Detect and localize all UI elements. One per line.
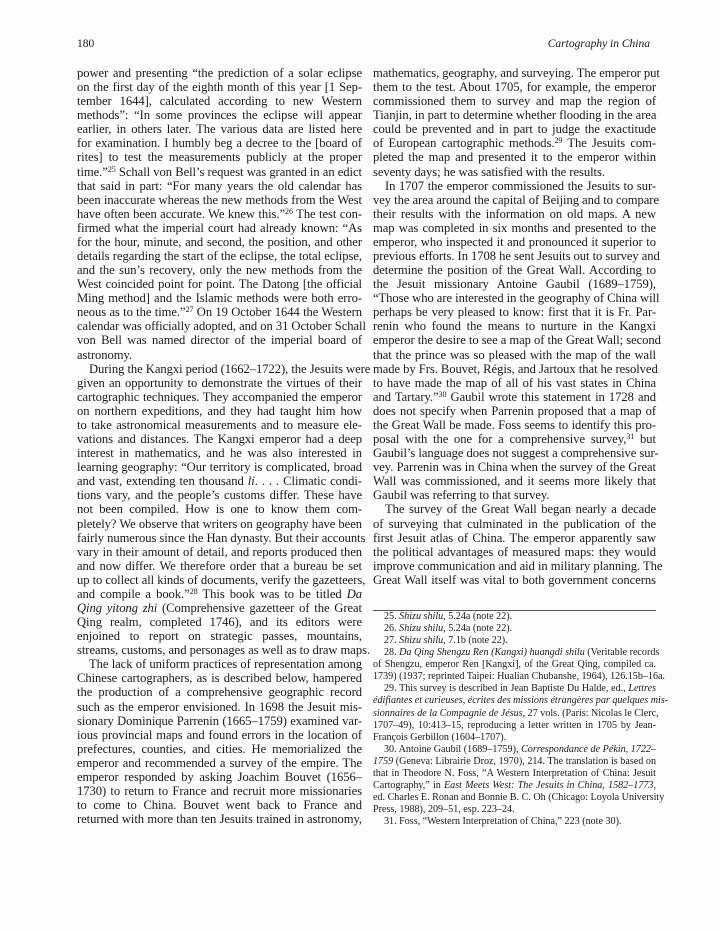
text-line: Gaubil was referring to that survey. xyxy=(373,488,656,502)
paragraph: In 1707 the emperor commissioned the Jes… xyxy=(373,179,656,503)
text-line: not been compiled. How is one to know th… xyxy=(77,502,362,516)
text-line: commissioned them to survey and map the … xyxy=(373,94,656,108)
text-line: that the prince was so pleased with the … xyxy=(373,348,656,362)
footnote-line: ed. Charles E. Ronan and Bonnie B. C. Oh… xyxy=(373,792,656,804)
text-line: the political advantages of measured map… xyxy=(373,545,656,559)
text-line: their results with the information on ol… xyxy=(373,207,656,221)
text-line: details regarding the start of the eclip… xyxy=(77,249,362,263)
footnote-line: 30. Antoine Gaubil (1689–1759), Correspo… xyxy=(373,744,656,756)
text-line: made by Frs. Bouvet, Régis, and Jartoux … xyxy=(373,362,656,376)
footnote-line: of Shengzu, emperor Ren [Kangxi], of the… xyxy=(373,659,656,671)
text-line: West coincided point for point. The Dato… xyxy=(77,277,362,291)
text-line: tember 1644], calculated according to ne… xyxy=(77,94,362,108)
text-line: interest in mathematics, and he was also… xyxy=(77,446,362,460)
text-line: perhaps be very pleased to know: first t… xyxy=(373,305,656,319)
footnote-line: 1707–49), 10:413–15, reproducing a lette… xyxy=(373,720,656,732)
text-line: sionary Dominique Parrenin (1665–1759) e… xyxy=(77,714,362,728)
text-line: emperor and recommended a survey of the … xyxy=(77,756,362,770)
text-line: such as the emperor envisioned. In 1698 … xyxy=(77,700,362,714)
text-line: pletely? We observe that writers on geog… xyxy=(77,517,362,531)
text-line: could be prevented and in part to judge … xyxy=(373,122,656,136)
footnote-28: 28. Da Qing Shengzu Ren (Kangxi) huangdi… xyxy=(373,647,656,683)
text-line: of surveying that culminated in the publ… xyxy=(373,517,656,531)
text-line: the production of a comprehensive geogra… xyxy=(77,685,362,699)
text-line: first Jesuit atlas of China. The emperor… xyxy=(373,531,656,545)
footnote-line: 31. Foss, “Western Interpretation of Chi… xyxy=(373,816,656,828)
footnote-line: 25. Shizu shilu, 5.24a (note 22). xyxy=(373,611,656,623)
text-line: vary in their amount of detail, and repo… xyxy=(77,545,362,559)
footnote-26: 26. Shizu shilu, 5.24a (note 22). xyxy=(373,623,656,635)
text-line: tions vary, and the people’s customs dif… xyxy=(77,488,362,502)
text-line: time.”25 Schall von Bell’s request was g… xyxy=(77,165,362,179)
text-line: and vast, extending ten thousand li. . .… xyxy=(77,474,362,488)
left-column: power and presenting “the prediction of … xyxy=(77,66,362,826)
text-line: given an opportunity to demonstrate the … xyxy=(77,376,362,390)
text-line: firmed what the imperial court had alrea… xyxy=(77,221,362,235)
text-line: pleted the map and presented it to the e… xyxy=(373,150,656,164)
text-line: power and presenting “the prediction of … xyxy=(77,66,362,80)
footnote-reference: 31 xyxy=(626,432,634,441)
footnote-line: 1759 (Geneva: Librairie Droz, 1970), 214… xyxy=(373,756,656,768)
text-line: on the first day of the eighth month of … xyxy=(77,80,362,94)
footnote-line: 26. Shizu shilu, 5.24a (note 22). xyxy=(373,623,656,635)
text-line: the Great Wall be made. Foss seems to id… xyxy=(373,418,656,432)
text-line: ious provincial maps and found errors in… xyxy=(77,728,362,742)
text-line: to have made the map of all of his vast … xyxy=(373,376,656,390)
text-line: Wall was commissioned, and it seems more… xyxy=(373,474,656,488)
text-line: and the sun’s recovery, only the new met… xyxy=(77,263,362,277)
text-line: on northern expeditions, and they had ta… xyxy=(77,404,362,418)
text-line: Great Wall itself was vital to both gove… xyxy=(373,573,656,587)
text-line: The survey of the Great Wall began nearl… xyxy=(373,502,656,516)
text-line: map was completed in six months and pres… xyxy=(373,221,656,235)
footnote-reference: 30 xyxy=(439,390,447,399)
text-line: prefectures, counties, and cities. He me… xyxy=(77,742,362,756)
text-line: rites] to test the measurements publicly… xyxy=(77,150,362,164)
paragraph: mathematics, geography, and surveying. T… xyxy=(373,66,656,179)
text-line: have often been accurate. We knew this.”… xyxy=(77,207,362,221)
paragraph: During the Kangxi period (1662–1722), th… xyxy=(77,362,362,658)
text-line: earlier, in others later. The various da… xyxy=(77,122,362,136)
text-line: that said in part: “For many years the o… xyxy=(77,179,362,193)
text-line: improve communication and aid in militar… xyxy=(373,559,656,573)
text-line: renin who found the means to nurture in … xyxy=(373,319,656,333)
text-line: vey. Parrenin was in China when the surv… xyxy=(373,460,656,474)
text-line: emperor the desire to see a map of the G… xyxy=(373,333,656,347)
text-line: Tianjin, in part to determine whether fl… xyxy=(373,108,656,122)
text-line: Ming method] and the Islamic methods wer… xyxy=(77,291,362,305)
text-line: Qing realm, completed 1746), and its edi… xyxy=(77,615,362,629)
text-line: emperor, who inspected it and pronounced… xyxy=(373,235,656,249)
text-line: learning geography: “Our territory is co… xyxy=(77,460,362,474)
footnote-line: 28. Da Qing Shengzu Ren (Kangxi) huangdi… xyxy=(373,647,656,659)
footnote-reference: 25 xyxy=(108,165,116,174)
text-line: to take astronomical measurements and to… xyxy=(77,418,362,432)
text-line: Qing yitong zhi (Comprehensive gazetteer… xyxy=(77,601,362,615)
running-title: Cartography in China xyxy=(548,38,650,50)
footnote-29: 29. This survey is described in Jean Bap… xyxy=(373,683,656,743)
text-line: mathematics, geography, and surveying. T… xyxy=(373,66,656,80)
text-line: astronomy. xyxy=(77,348,362,362)
text-line: and now differ. We therefore order that … xyxy=(77,559,362,573)
footnote-line: édifiantes et curieuses, écrites des mis… xyxy=(373,695,656,707)
running-head: 180 Cartography in China xyxy=(77,38,656,54)
text-line: does not specify when Parrenin proposed … xyxy=(373,404,656,418)
text-line: posal with the one for a comprehensive s… xyxy=(373,432,656,446)
footnote-line: François Gerbillon (1604–1707). xyxy=(373,732,656,744)
text-line: calendar was officially adopted, and on … xyxy=(77,319,362,333)
footnote-reference: 26 xyxy=(285,207,293,216)
footnote-30: 30. Antoine Gaubil (1689–1759), Correspo… xyxy=(373,744,656,816)
text-line: previous efforts. In 1708 he sent Jesuit… xyxy=(373,249,656,263)
footnotes: 25. Shizu shilu, 5.24a (note 22).26. Shi… xyxy=(373,611,656,828)
text-line: vey the area around the capital of Beiji… xyxy=(373,193,656,207)
text-line: Chinese cartographers, as is described b… xyxy=(77,671,362,685)
text-line: and Tartary.”30 Gaubil wrote this statem… xyxy=(373,390,656,404)
paragraph: power and presenting “the prediction of … xyxy=(77,66,362,362)
text-line: methods”: “In some provinces the eclipse… xyxy=(77,108,362,122)
text-line: seventy days; he was satisfied with the … xyxy=(373,165,656,179)
text-line: Gaubil’s language does not suggest a com… xyxy=(373,446,656,460)
page-number: 180 xyxy=(77,38,94,50)
footnote-reference: 27 xyxy=(186,305,194,314)
text-line: neous as to the time.”27 On 19 October 1… xyxy=(77,305,362,319)
paragraph: The lack of uniform practices of represe… xyxy=(77,657,362,826)
footnote-line: 1739) (1937; reprinted Taipei: Hualian C… xyxy=(373,671,656,683)
footnote-line: 27. Shizu shilu, 7.1b (note 22). xyxy=(373,635,656,647)
text-line: enjoined to report on strategic passes, … xyxy=(77,629,362,643)
text-line: The lack of uniform practices of represe… xyxy=(77,657,362,671)
footnote-line: sionnaires de la Compagnie de Jésus, 27 … xyxy=(373,708,656,720)
text-line: the Jesuit missionary Antoine Gaubil (16… xyxy=(373,277,656,291)
footnote-line: that in Theodore N. Foss, “A Western Int… xyxy=(373,768,656,780)
footnote-31: 31. Foss, “Western Interpretation of Chi… xyxy=(373,816,656,828)
text-line: and compile a book.”28 This book was to … xyxy=(77,587,362,601)
text-line: In 1707 the emperor commissioned the Jes… xyxy=(373,179,656,193)
text-line: streams, customs, and personages as well… xyxy=(77,643,362,657)
paragraph: The survey of the Great Wall began nearl… xyxy=(373,502,656,586)
text-line: to come to China. Bouvet went back to Fr… xyxy=(77,798,362,812)
footnote-line: Press, 1988), 209–51, esp. 223–24. xyxy=(373,804,656,816)
text-line: vations and distances. The Kangxi empero… xyxy=(77,432,362,446)
text-line: of European cartographic methods.29 The … xyxy=(373,136,656,150)
footnote-reference: 28 xyxy=(190,587,198,596)
footnote-27: 27. Shizu shilu, 7.1b (note 22). xyxy=(373,635,656,647)
text-line: von Bell was named director of the imper… xyxy=(77,333,362,347)
text-line: determine the position of the Great Wall… xyxy=(373,263,656,277)
text-line: up to collect all kinds of documents, ve… xyxy=(77,573,362,587)
text-line: for the hour, minute, and second, the po… xyxy=(77,235,362,249)
footnote-25: 25. Shizu shilu, 5.24a (note 22). xyxy=(373,611,656,623)
footnote-reference: 29 xyxy=(554,136,562,145)
footnote-line: Cartography,” in East Meets West: The Je… xyxy=(373,780,656,792)
text-line: been inaccurate whereas the new methods … xyxy=(77,193,362,207)
text-line: for examination. I humbly beg a decree t… xyxy=(77,136,362,150)
text-line: During the Kangxi period (1662–1722), th… xyxy=(77,362,362,376)
text-line: cartographic techniques. They accompanie… xyxy=(77,390,362,404)
right-column: mathematics, geography, and surveying. T… xyxy=(373,66,656,587)
text-line: fairly numerous since the Han dynasty. B… xyxy=(77,531,362,545)
text-line: “Those who are interested in the geograp… xyxy=(373,291,656,305)
text-line: emperor responded by asking Joachim Bouv… xyxy=(77,770,362,784)
text-line: them to the test. About 1705, for exampl… xyxy=(373,80,656,94)
footnote-line: 29. This survey is described in Jean Bap… xyxy=(373,683,656,695)
text-line: returned with more than ten Jesuits trai… xyxy=(77,812,362,826)
text-line: 1730) to return to France and recruit mo… xyxy=(77,784,362,798)
